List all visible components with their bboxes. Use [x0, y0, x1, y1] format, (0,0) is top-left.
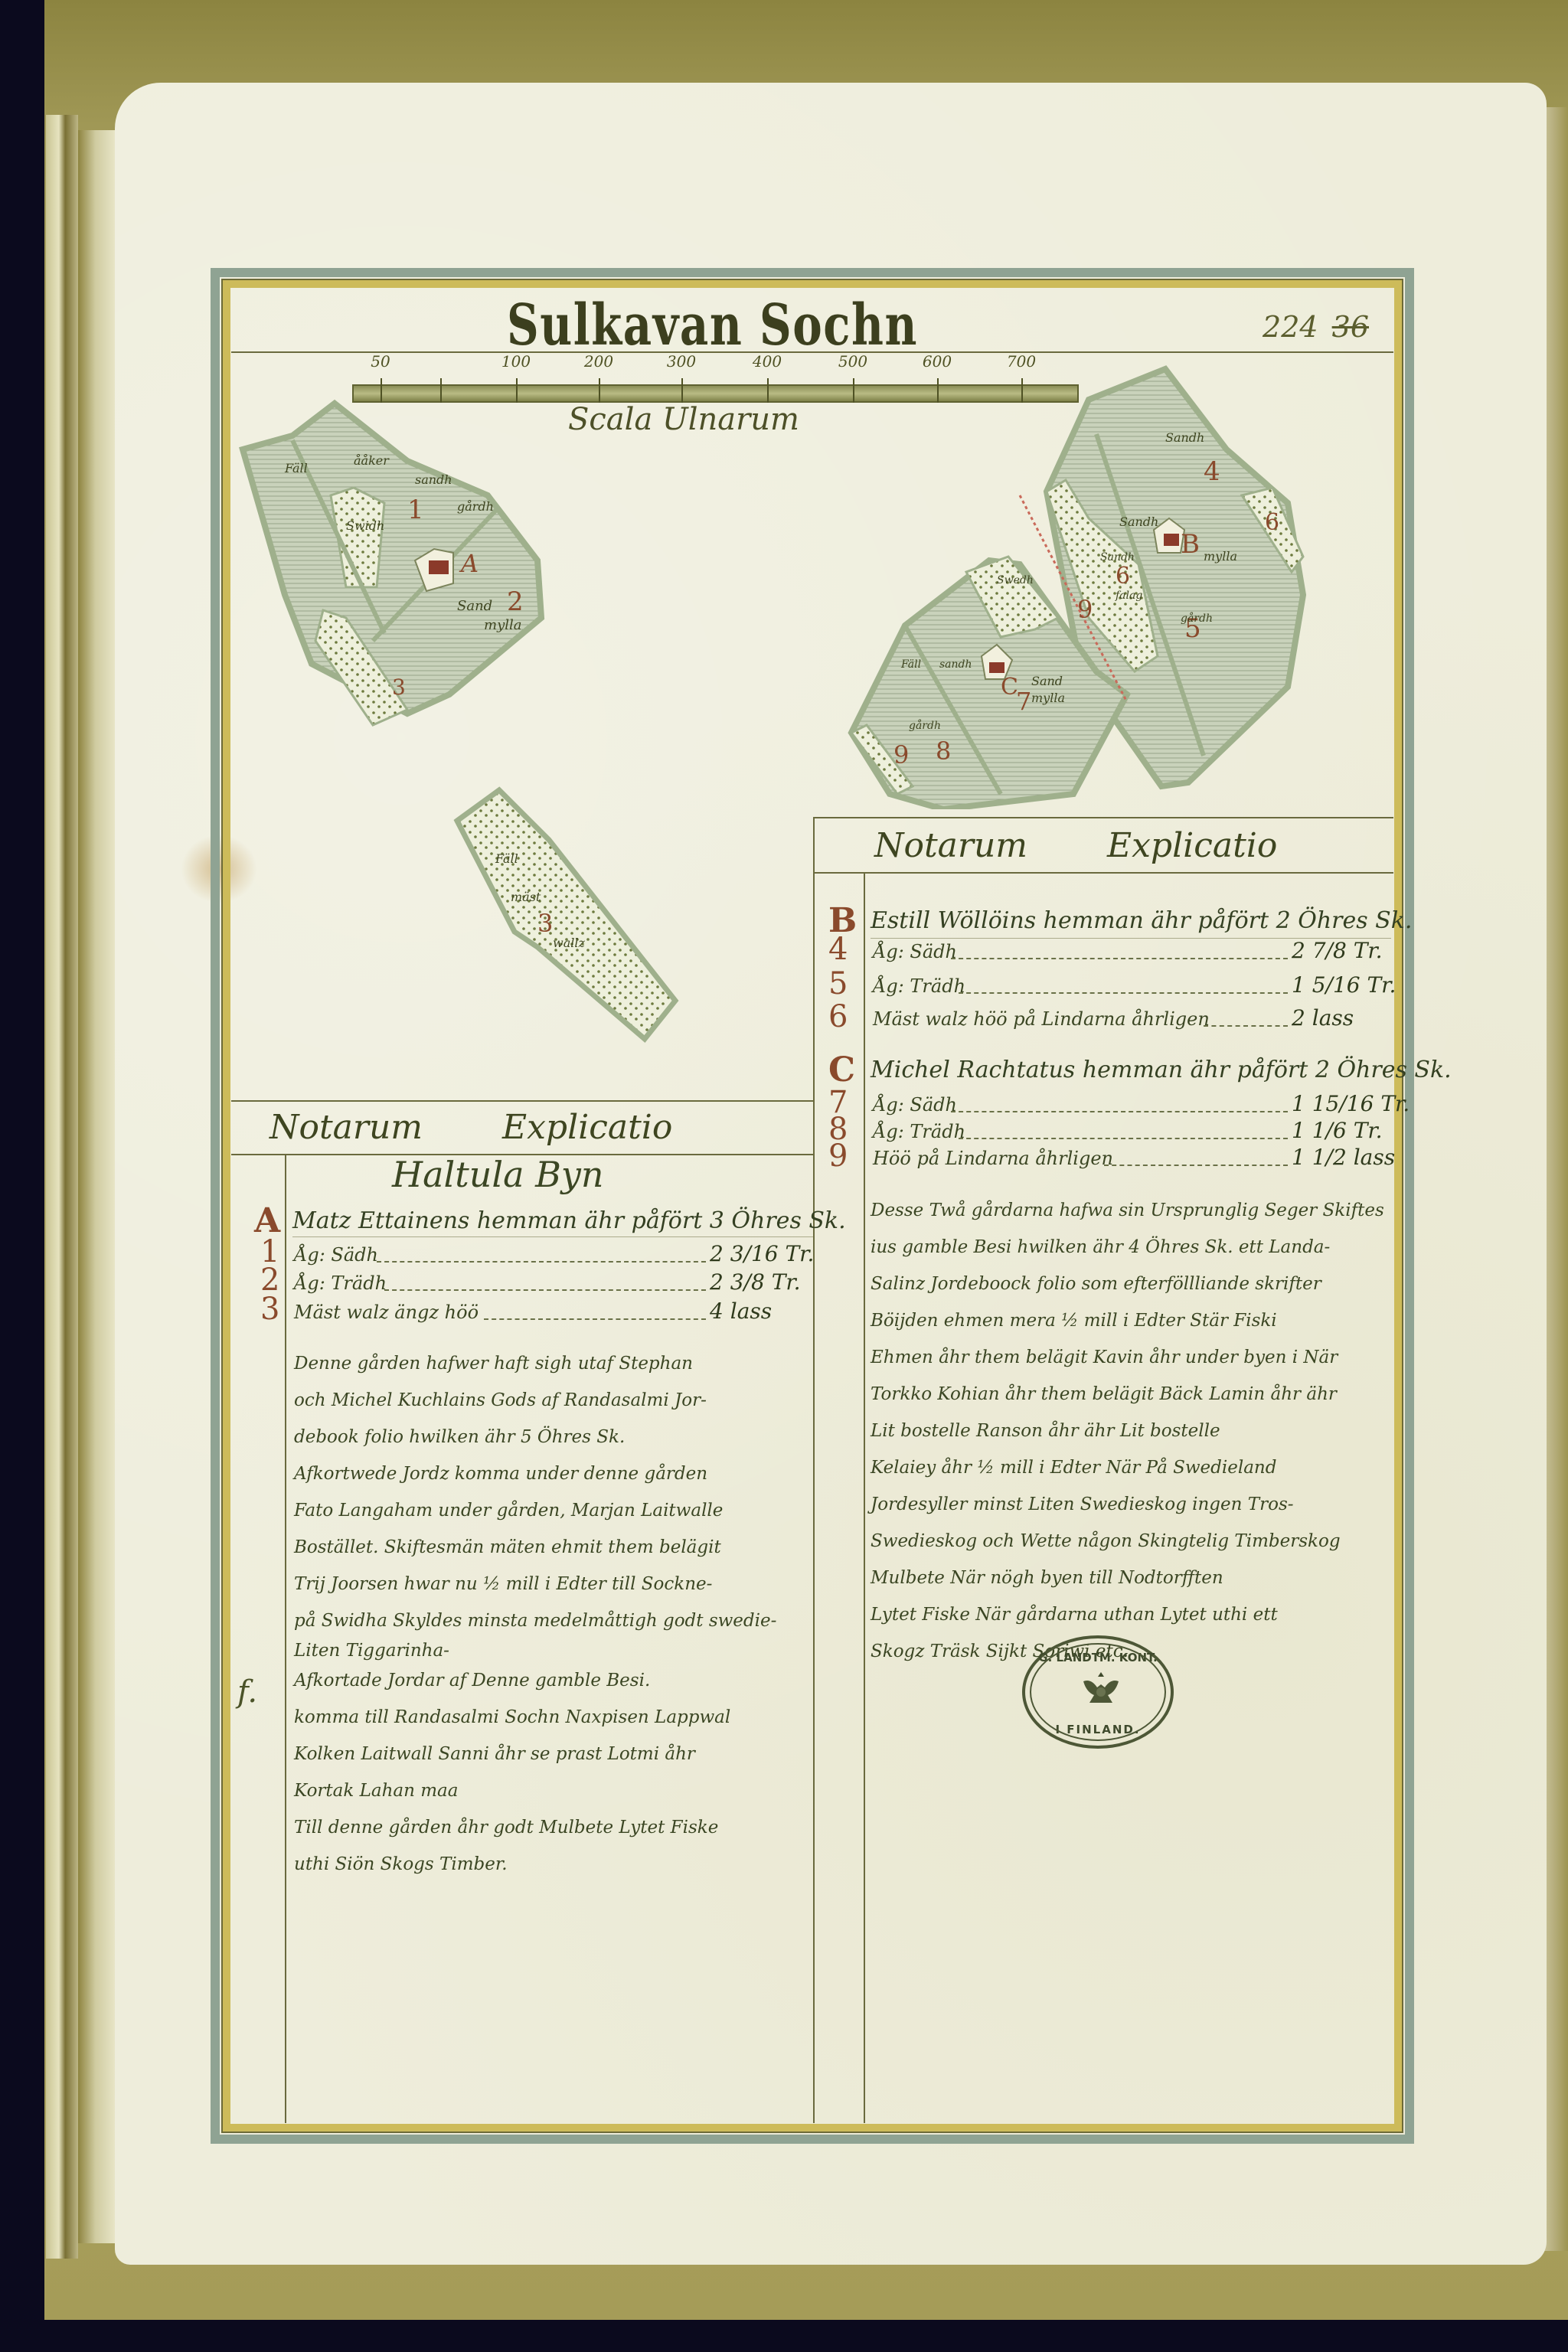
- item-value: 2 3/16 Tr.: [710, 1241, 814, 1266]
- map-word-label: mylla: [1204, 549, 1237, 563]
- notes-heading-word: Explicatio: [502, 1108, 672, 1147]
- plot-number-label: 9: [893, 740, 909, 769]
- plot-number-label: 1: [407, 495, 424, 525]
- notes-heading-word: Notarum: [269, 1108, 423, 1147]
- item-value: 2 7/8 Tr.: [1292, 938, 1383, 963]
- scale-tick-label: 100: [501, 352, 531, 371]
- item-number: 5: [828, 966, 848, 1001]
- map-parcel-outline: [457, 790, 675, 1039]
- plot-number-label: 4: [1204, 456, 1220, 487]
- item-label: Mäst walz höö på Lindarna åhrligen: [873, 1008, 1210, 1030]
- entry-title: Matz Ettainens hemman ähr påfört 3 Öhres…: [292, 1207, 846, 1234]
- double-headed-eagle-icon: [1079, 1668, 1123, 1712]
- plot-number-label: 3: [392, 675, 406, 700]
- item-label: Åg: Trädh: [294, 1272, 387, 1294]
- map-parcel-outline: [243, 403, 541, 714]
- notes-right-key-column-rule: [864, 872, 865, 2123]
- item-number: 9: [828, 1138, 848, 1174]
- farm-letter-label: A: [459, 549, 479, 578]
- leader-line: [951, 1111, 1288, 1112]
- item-number: 3: [260, 1292, 279, 1327]
- map-word-label: falag: [1115, 590, 1142, 602]
- leader-line: [377, 1261, 706, 1263]
- map-word-label: Sandh: [1165, 430, 1204, 445]
- village-name: Haltula Byn: [392, 1154, 604, 1195]
- leader-line: [959, 1138, 1288, 1139]
- map-word-label: wallz: [553, 936, 585, 950]
- notes-right-heading-rule: [813, 872, 1393, 874]
- map-word-label: Swidh: [346, 518, 384, 533]
- notes-left-top-rule: [231, 1100, 813, 1102]
- item-value: 2 lass: [1292, 1005, 1354, 1031]
- leader-line: [484, 1318, 706, 1320]
- entry-title: Estill Wöllöins hemman ähr påfört 2 Öhre…: [871, 907, 1412, 934]
- notes-left-body: Denne gården hafwer haft sigh utaf Steph…: [294, 1345, 776, 1883]
- map-word-label: Sandh: [1119, 514, 1158, 529]
- scale-tick: [681, 378, 683, 403]
- farm-letter-label: C: [1001, 674, 1018, 701]
- entry-underline: [292, 1236, 813, 1237]
- entry-letter: C: [828, 1050, 855, 1089]
- margin-mark: f.: [237, 1674, 257, 1710]
- scale-tick-label: 300: [667, 352, 696, 371]
- plot-number-label: 6: [1265, 509, 1279, 536]
- stamp-top-text: G. LANDTM. KONT.: [1025, 1651, 1171, 1664]
- leader-line: [384, 1289, 706, 1291]
- map-word-label: sandh: [939, 658, 972, 671]
- stamp-bottom-text: I FINLAND.: [1025, 1723, 1171, 1736]
- map-word-label: mylla: [1031, 691, 1065, 705]
- leader-line: [951, 958, 1288, 959]
- map-word-label: mylla: [484, 617, 521, 633]
- item-label: Mäst walz ängz höö: [294, 1302, 479, 1323]
- notes-heading-word: Notarum: [874, 826, 1027, 865]
- map-word-label: Sand: [1031, 674, 1063, 688]
- map-word-label: gårdh: [457, 499, 494, 514]
- item-value: 1 1/6 Tr.: [1292, 1118, 1383, 1143]
- plot-number-label: 8: [936, 737, 951, 766]
- map-word-label: Fäll: [495, 851, 518, 866]
- folio-alt: 36: [1332, 310, 1369, 344]
- scale-tick: [767, 378, 769, 403]
- map-meadow-strip: 3 Fäll mäst wallz: [446, 786, 683, 1047]
- map-word-label: mäst: [511, 890, 541, 904]
- map-word-label: Sandh: [1100, 551, 1135, 563]
- notes-heading-word: Explicatio: [1107, 826, 1277, 865]
- item-value: 2 3/8 Tr.: [710, 1269, 801, 1295]
- item-value: 1 5/16 Tr.: [1292, 972, 1396, 998]
- page-content: Sulkavan Sochn 224 36 50 100 200 300 400…: [231, 289, 1393, 2123]
- plot-number-label: 2: [507, 586, 524, 617]
- item-number: 6: [828, 999, 848, 1034]
- scale-tick-label: 50: [371, 352, 390, 371]
- scale-tick-label: 200: [584, 352, 613, 371]
- book-page-edge-left: [78, 130, 116, 2243]
- item-label: Åg: Trädh: [873, 1121, 965, 1142]
- map-west-farm: 1 2 3 A Fäll ååker sandh Swidh gårdh San…: [231, 388, 629, 740]
- notes-left-key-column-rule: [285, 1154, 286, 2123]
- map-word-label: gårdh: [909, 719, 941, 732]
- map-word-label: Sand: [457, 598, 492, 614]
- map-word-label: ååker: [354, 453, 390, 468]
- farm-letter-label: B: [1181, 529, 1200, 560]
- folio-primary: 224: [1263, 310, 1318, 344]
- map-word-label: Fäll: [900, 658, 921, 671]
- notes-right-body: Desse Twå gårdarna hafwa sin Ursprunglig…: [871, 1192, 1384, 1670]
- item-value: 1 15/16 Tr.: [1292, 1091, 1410, 1116]
- map-east-farms: 4 5 6 6 7 8 9 9 B C Sandh Sandh mylla Sa…: [844, 365, 1395, 809]
- plot-number-label: 9: [1077, 595, 1093, 624]
- map-word-label: Swedh: [997, 574, 1034, 586]
- archive-stamp: G. LANDTM. KONT. I FINLAND.: [1022, 1635, 1174, 1749]
- leader-line: [1204, 1025, 1288, 1027]
- scale-tick-label: 400: [753, 352, 782, 371]
- item-label: Åg: Sädh: [294, 1244, 378, 1266]
- item-label: Åg: Sädh: [873, 1094, 957, 1116]
- entry-title: Michel Rachtatus hemman ähr påfört 2 Öhr…: [871, 1057, 1452, 1083]
- notes-left-heading: Notarum Explicatio: [269, 1108, 672, 1147]
- item-label: Åg: Trädh: [873, 975, 965, 997]
- notes-right-top-rule: [813, 817, 1393, 818]
- item-label: Åg: Sädh: [873, 941, 957, 962]
- map-word-label: sandh: [415, 472, 452, 487]
- item-label: Höö på Lindarna åhrligen: [873, 1148, 1113, 1169]
- plot-number-label: 6: [1116, 563, 1130, 590]
- leader-line: [959, 992, 1288, 994]
- map-word-label: gårdh: [1181, 612, 1213, 625]
- plot-number-label: 3: [537, 909, 553, 938]
- column-divider: [813, 817, 815, 2123]
- item-number: 4: [828, 932, 848, 967]
- notes-right-heading: Notarum Explicatio: [874, 826, 1277, 865]
- plot-number-label: 7: [1016, 687, 1031, 716]
- item-value: 4 lass: [710, 1298, 772, 1324]
- book-spine-edge: [46, 115, 78, 2259]
- leader-line: [1104, 1165, 1288, 1166]
- folio-number: 224 36: [1263, 310, 1369, 344]
- item-value: 1 1/2 lass: [1292, 1145, 1395, 1170]
- map-word-label: Fäll: [284, 461, 308, 475]
- page-title: Sulkavan Sochn: [507, 292, 918, 358]
